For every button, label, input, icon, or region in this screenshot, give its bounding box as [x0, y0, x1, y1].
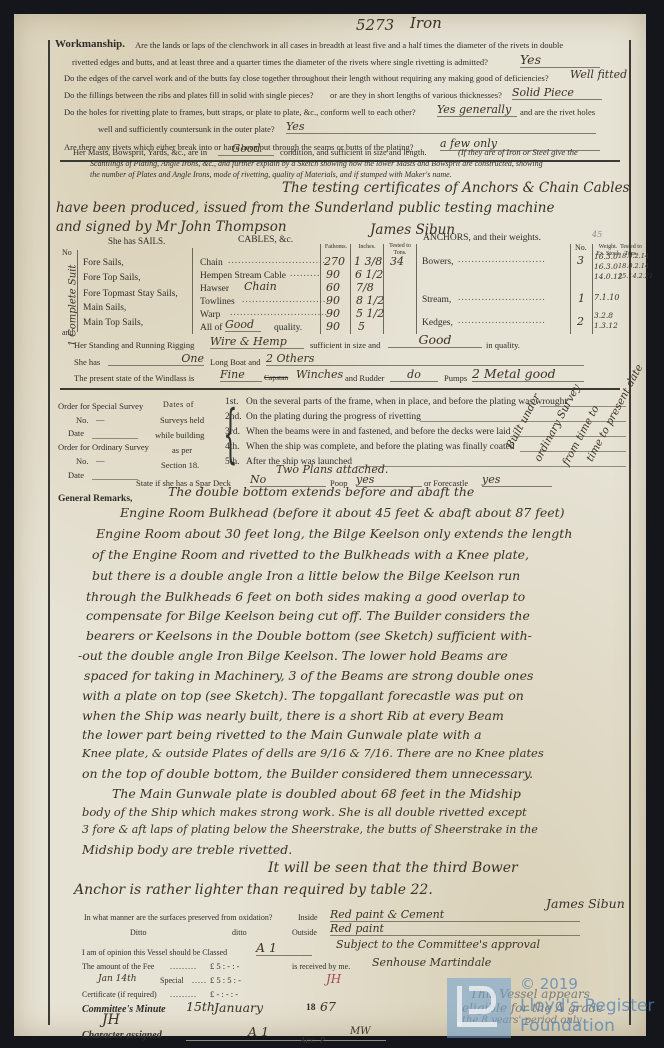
lr-logo-stroke [457, 1022, 497, 1027]
rigging-prefix: Her Standing and Running Rigging [74, 340, 194, 350]
cable-inches: 6 1/2 [355, 268, 383, 281]
dot-leader: ......... [170, 990, 197, 999]
remarks-line: on the top of double bottom, the Builder… [82, 766, 533, 781]
stage-text: When the beams were in and fastened, and… [246, 427, 511, 437]
cables-col-rule [383, 244, 384, 334]
anchor-tested: 18.0.2.14 [618, 262, 649, 270]
boats-mid: Long Boat and [210, 357, 261, 367]
boats-prefix: She has [74, 357, 100, 367]
sails-item: Main Top Sails, [83, 318, 143, 328]
cable-label: Hawser [200, 284, 229, 294]
anchor-tested: 15.14.2.21 [618, 272, 653, 280]
stage-number: 4th. [225, 442, 240, 452]
dates-label-5: Section 18. [161, 460, 199, 470]
fee-label: The amount of the Fee [82, 962, 154, 971]
anchor-no: 2 [577, 315, 584, 328]
dot-leader: .......................... [458, 316, 546, 326]
masts-suffix: condition, and sufficient in size and le… [280, 147, 427, 157]
masts-handwritten-line1: The testing certificates of Anchors & Ch… [282, 180, 630, 196]
stage-number: 1st. [225, 397, 238, 407]
cable-fathoms: 90 [326, 307, 340, 320]
minute-year: 67 [320, 999, 336, 1014]
masts-prefix: Her Masts, Bowsprit, Yards, &c., are in [73, 147, 207, 157]
ordinary-survey-date-label: Date [68, 470, 84, 480]
class-value: A 1 [256, 940, 312, 956]
cable-inches: 7/8 [356, 281, 374, 294]
surveyor-signature: Senhouse Martindale [372, 956, 491, 969]
remarks-line: of the Engine Room and rivetted to the B… [92, 547, 529, 562]
cable-label: Chain [200, 258, 223, 268]
stage-blank-line [356, 466, 626, 467]
stage-number: 5th. [225, 457, 240, 467]
workmanship-a2: Well fitted [570, 68, 627, 81]
remarks-line: the lower part being rivetted to the Mai… [82, 727, 482, 742]
dot-leader: .......................... [458, 293, 546, 303]
remarks-closing-line1: It will be seen that the third Bower [268, 860, 518, 876]
pumps-state: 2 Metal good [472, 366, 584, 382]
workmanship-q5: well and sufficiently countersunk in the… [98, 124, 275, 134]
character-initials: MW [350, 1026, 371, 1037]
cables-col-inches: Inches. [352, 244, 382, 251]
cable-fathoms: 60 [326, 281, 340, 294]
remarks-line: The Main Gunwale plate is doubled about … [112, 786, 521, 801]
watermark-year: © 2019 [520, 974, 578, 994]
workmanship-a4: Yes generally [437, 103, 517, 117]
masts-condition: Good [218, 142, 274, 156]
frame-left-rule [48, 40, 50, 1025]
minute-year-prefix: 18 [306, 1003, 316, 1013]
cables-col-fathoms: Fathoms. [322, 244, 350, 251]
remarks-line: with a plate on top (see Sketch). The to… [82, 688, 524, 703]
minute-day: 15th [186, 999, 215, 1014]
cable-note: Chain [244, 280, 277, 293]
masts-note-3: the number of Plates and Angle Irons, mo… [90, 170, 452, 179]
boats-count: One [108, 352, 204, 366]
anchors-col-rule [592, 244, 593, 334]
rudder-label: and Rudder [345, 373, 384, 383]
cable-inches: 5 [358, 320, 365, 333]
cable-inches: 8 1/2 [356, 294, 384, 307]
dates-label-3: while building [155, 430, 204, 440]
sails-item: Fore Top Sails, [83, 273, 140, 283]
workmanship-q1-line1: Are the lands or laps of the clenchwork … [135, 40, 563, 50]
dot-leader: .......................... [458, 255, 546, 265]
inside-label: Inside [298, 913, 318, 922]
boats-others: 2 Others [266, 352, 584, 366]
character-line [186, 1040, 386, 1041]
stage-text: On the several parts of the frame, when … [246, 397, 567, 407]
rudder-state: do [390, 368, 438, 382]
character-note: Acc. P. [300, 1036, 326, 1045]
stage-text: When the ship was complete, and before t… [246, 442, 515, 452]
remarks-closing-line2: Anchor is rather lighter than required b… [74, 882, 433, 898]
cables-left-rule [192, 248, 193, 334]
sails-item: Fore Topmast Stay Sails, [83, 289, 178, 299]
rigging-material: Wire & Hemp [210, 335, 304, 349]
sails-bracket-rule [77, 250, 78, 332]
remarks-line: Engine Room Bulkhead (before it about 45… [120, 505, 565, 520]
cable-note: Good [225, 318, 261, 332]
certificate-fee-value: £ - : - : - [210, 989, 238, 999]
remarks-line: Knee plate, & outside Plates of dells ar… [82, 746, 544, 760]
workmanship-q4b: and are the rivet holes [520, 107, 595, 117]
workmanship-heading: Workmanship. [55, 38, 125, 50]
remarks-line: but there is a double angle Iron a littl… [92, 568, 520, 583]
ditto-label: Ditto [130, 928, 146, 937]
remarks-line: through the Bulkheads 6 feet on both sid… [86, 589, 525, 604]
rigging-quality: Good [388, 332, 482, 348]
remarks-line: compensate for Bilge Keelson being cut o… [86, 608, 530, 623]
cable-label: Towlines [200, 297, 235, 307]
workmanship-q3a: Do the fillings between the ribs and pla… [64, 90, 314, 100]
cables-heading: CABLES, &c. [238, 235, 293, 245]
windlass-state: Fine [220, 368, 262, 382]
remarks-line: The double bottom extends before and aba… [168, 484, 474, 499]
class-note: Subject to the Committee's approval [336, 938, 540, 951]
anchor-label: Stream, [422, 295, 451, 305]
dates-label-2: Surveys held [160, 415, 204, 425]
remarks-line: body of the Ship which makes strong work… [82, 805, 527, 819]
outside-value: Red paint [330, 922, 580, 936]
initials-left: JH [102, 1012, 120, 1028]
dates-label-4: as per [172, 445, 192, 455]
workmanship-a3: Solid Piece [512, 86, 602, 100]
cable-label: Warp [200, 310, 220, 320]
special-margin-note: Jan 14th [98, 974, 137, 984]
anchors-margin-note: 45 [592, 230, 602, 239]
windlass-prefix: The present state of the Windlass is [74, 373, 194, 383]
workmanship-q3b: or are they in short lengths of various … [330, 90, 502, 100]
dates-label-1: Dates of [163, 400, 194, 409]
masts-handwritten-line3: and signed by Mr John Thompson [56, 219, 287, 235]
stage-text: On the plating during the progress of ri… [246, 412, 421, 422]
cable-label: All of [200, 323, 222, 333]
cable-fathoms: 90 [326, 320, 340, 333]
date-blank-line [92, 438, 138, 439]
anchors-heading: ANCHORS, and their weights. [423, 233, 541, 243]
lr-logo-stroke [469, 986, 496, 1014]
cables-col-rule [416, 244, 417, 334]
cable-fathoms: 90 [326, 268, 340, 281]
remarks-line: spaced for taking in Machinery, 3 of the… [84, 668, 533, 683]
ordinary-survey-no-label: No. [76, 456, 89, 466]
anchor-weight: 1.3.12 [594, 321, 618, 330]
rigging-suffix: in quality. [486, 340, 520, 350]
character-label: Character assigned [82, 1030, 162, 1041]
masts-note-1: (If they are of Iron or Steel give the [458, 147, 578, 157]
remarks-line: Midship body are treble rivetted. [82, 842, 292, 857]
minute-month: January [214, 1000, 263, 1015]
sails-item: Main Sails, [83, 303, 126, 313]
cable-suffix: quality. [274, 323, 302, 333]
cable-inches: 1 3/8 [354, 255, 382, 268]
special-survey-label: Order for Special Survey [58, 401, 143, 411]
anchors-col-no: No. [575, 243, 587, 252]
stage-number: 3rd. [225, 427, 240, 437]
remarks-line: Engine Room about 30 feet long, the Bilg… [96, 526, 572, 541]
cable-fathoms: 90 [326, 294, 340, 307]
red-stamp-initials: JH [326, 972, 341, 986]
cable-inches: 5 1/2 [356, 307, 384, 320]
anchor-weight: 16.3.0 [594, 262, 618, 271]
sails-side-no: No [62, 248, 72, 257]
workmanship-q2: Do the edges of the carvel work and of t… [64, 73, 549, 83]
section-divider [60, 388, 620, 390]
forecastle-value: yes [482, 473, 552, 487]
dot-leader: .............................. [228, 256, 329, 266]
anchor-label: Bowers, [422, 257, 453, 267]
masts-note-2: Scantlings of Plating, Angle Irons, &c.,… [90, 159, 543, 168]
special-fee-value: £ 5 : 5 : - [210, 975, 241, 985]
anchors-col-rule [570, 244, 571, 334]
workmanship-a1: Yes [520, 52, 600, 68]
remarks-line: bearers or Keelsons in the Double bottom… [86, 628, 532, 643]
oxidation-question: In what manner are the surfaces preserve… [84, 913, 272, 922]
capstan-state: Winches [296, 368, 343, 381]
anchor-no: 1 [578, 292, 585, 305]
general-remarks-heading: General Remarks, [58, 494, 132, 504]
masts-handwritten-line2: have been produced, issued from the Sund… [56, 200, 554, 216]
sails-item: Fore Sails, [83, 258, 124, 268]
sails-side-and: and [62, 328, 74, 337]
anchor-weight: 3.2.8 [594, 311, 613, 320]
outside-label: Outside [292, 928, 317, 937]
certificate-label: Certificate (if required) [82, 990, 157, 999]
minute-label: Committee's Minute [82, 1004, 166, 1015]
dot-leader: ..... [192, 976, 207, 985]
workmanship-a5: Yes [286, 120, 596, 134]
dot-leader: ......... [290, 269, 320, 279]
cable-tested: 34 [390, 255, 404, 268]
capstan-label: Capstan [264, 373, 288, 382]
special-survey-no-label: No. [76, 415, 89, 425]
sails-heading: She has SAILS. [108, 236, 165, 246]
reference-number: 5273 [356, 16, 394, 34]
ditto-label-2: ditto [232, 928, 247, 937]
character-value: A 1 [248, 1024, 269, 1039]
dot-leader: .......................... [242, 295, 330, 305]
workmanship-q1-line2: rivetted edges and butts, and at least t… [72, 57, 488, 67]
pumps-label: Pumps [444, 373, 467, 383]
special-survey-date-label: Date [68, 428, 84, 438]
lr-logo-stroke [457, 986, 462, 1026]
received-label: is received by me. [292, 962, 350, 971]
date-blank-line [92, 479, 138, 480]
cable-fathoms: 270 [324, 255, 345, 268]
anchor-weight: 16.3.0 [594, 252, 618, 261]
anchor-weight: 7.1.10 [594, 293, 619, 302]
watermark-line1: Lloyd's Register [520, 996, 654, 1016]
remarks-line: when the Ship was nearly built, there is… [82, 708, 504, 723]
workmanship-q4a: Do the holes for rivetting plate to fram… [64, 107, 416, 117]
reference-note: Iron [410, 14, 442, 32]
ordinary-survey-no: — [96, 455, 105, 465]
classed-label: I am of opinion this Vessel should be Cl… [82, 948, 227, 957]
stage-number: 2nd. [225, 412, 242, 422]
anchor-label: Kedges, [422, 318, 453, 328]
special-fee-label: Special [160, 976, 184, 985]
rigging-mid: sufficient in size and [310, 340, 380, 350]
lr-logo-icon [447, 978, 511, 1038]
anchor-no: 3 [577, 254, 584, 267]
remarks-line: 3 fore & aft laps of plating below the S… [82, 823, 538, 836]
remarks-line: -out the double angle Iron Bilge Keelson… [78, 648, 508, 663]
inside-value: Red paint & Cement [330, 908, 580, 922]
anchor-tested: 18.0.2.14 [618, 252, 649, 260]
special-survey-no: — [96, 414, 105, 424]
ordinary-survey-label: Order for Ordinary Survey [58, 442, 149, 452]
watermark-line2: Foundation [520, 1016, 615, 1036]
dot-leader: ............................. [230, 308, 328, 318]
dot-leader: ......... [170, 962, 197, 971]
fee-value: £ 5 : - : - [210, 961, 240, 971]
cables-col-rule [350, 244, 351, 334]
